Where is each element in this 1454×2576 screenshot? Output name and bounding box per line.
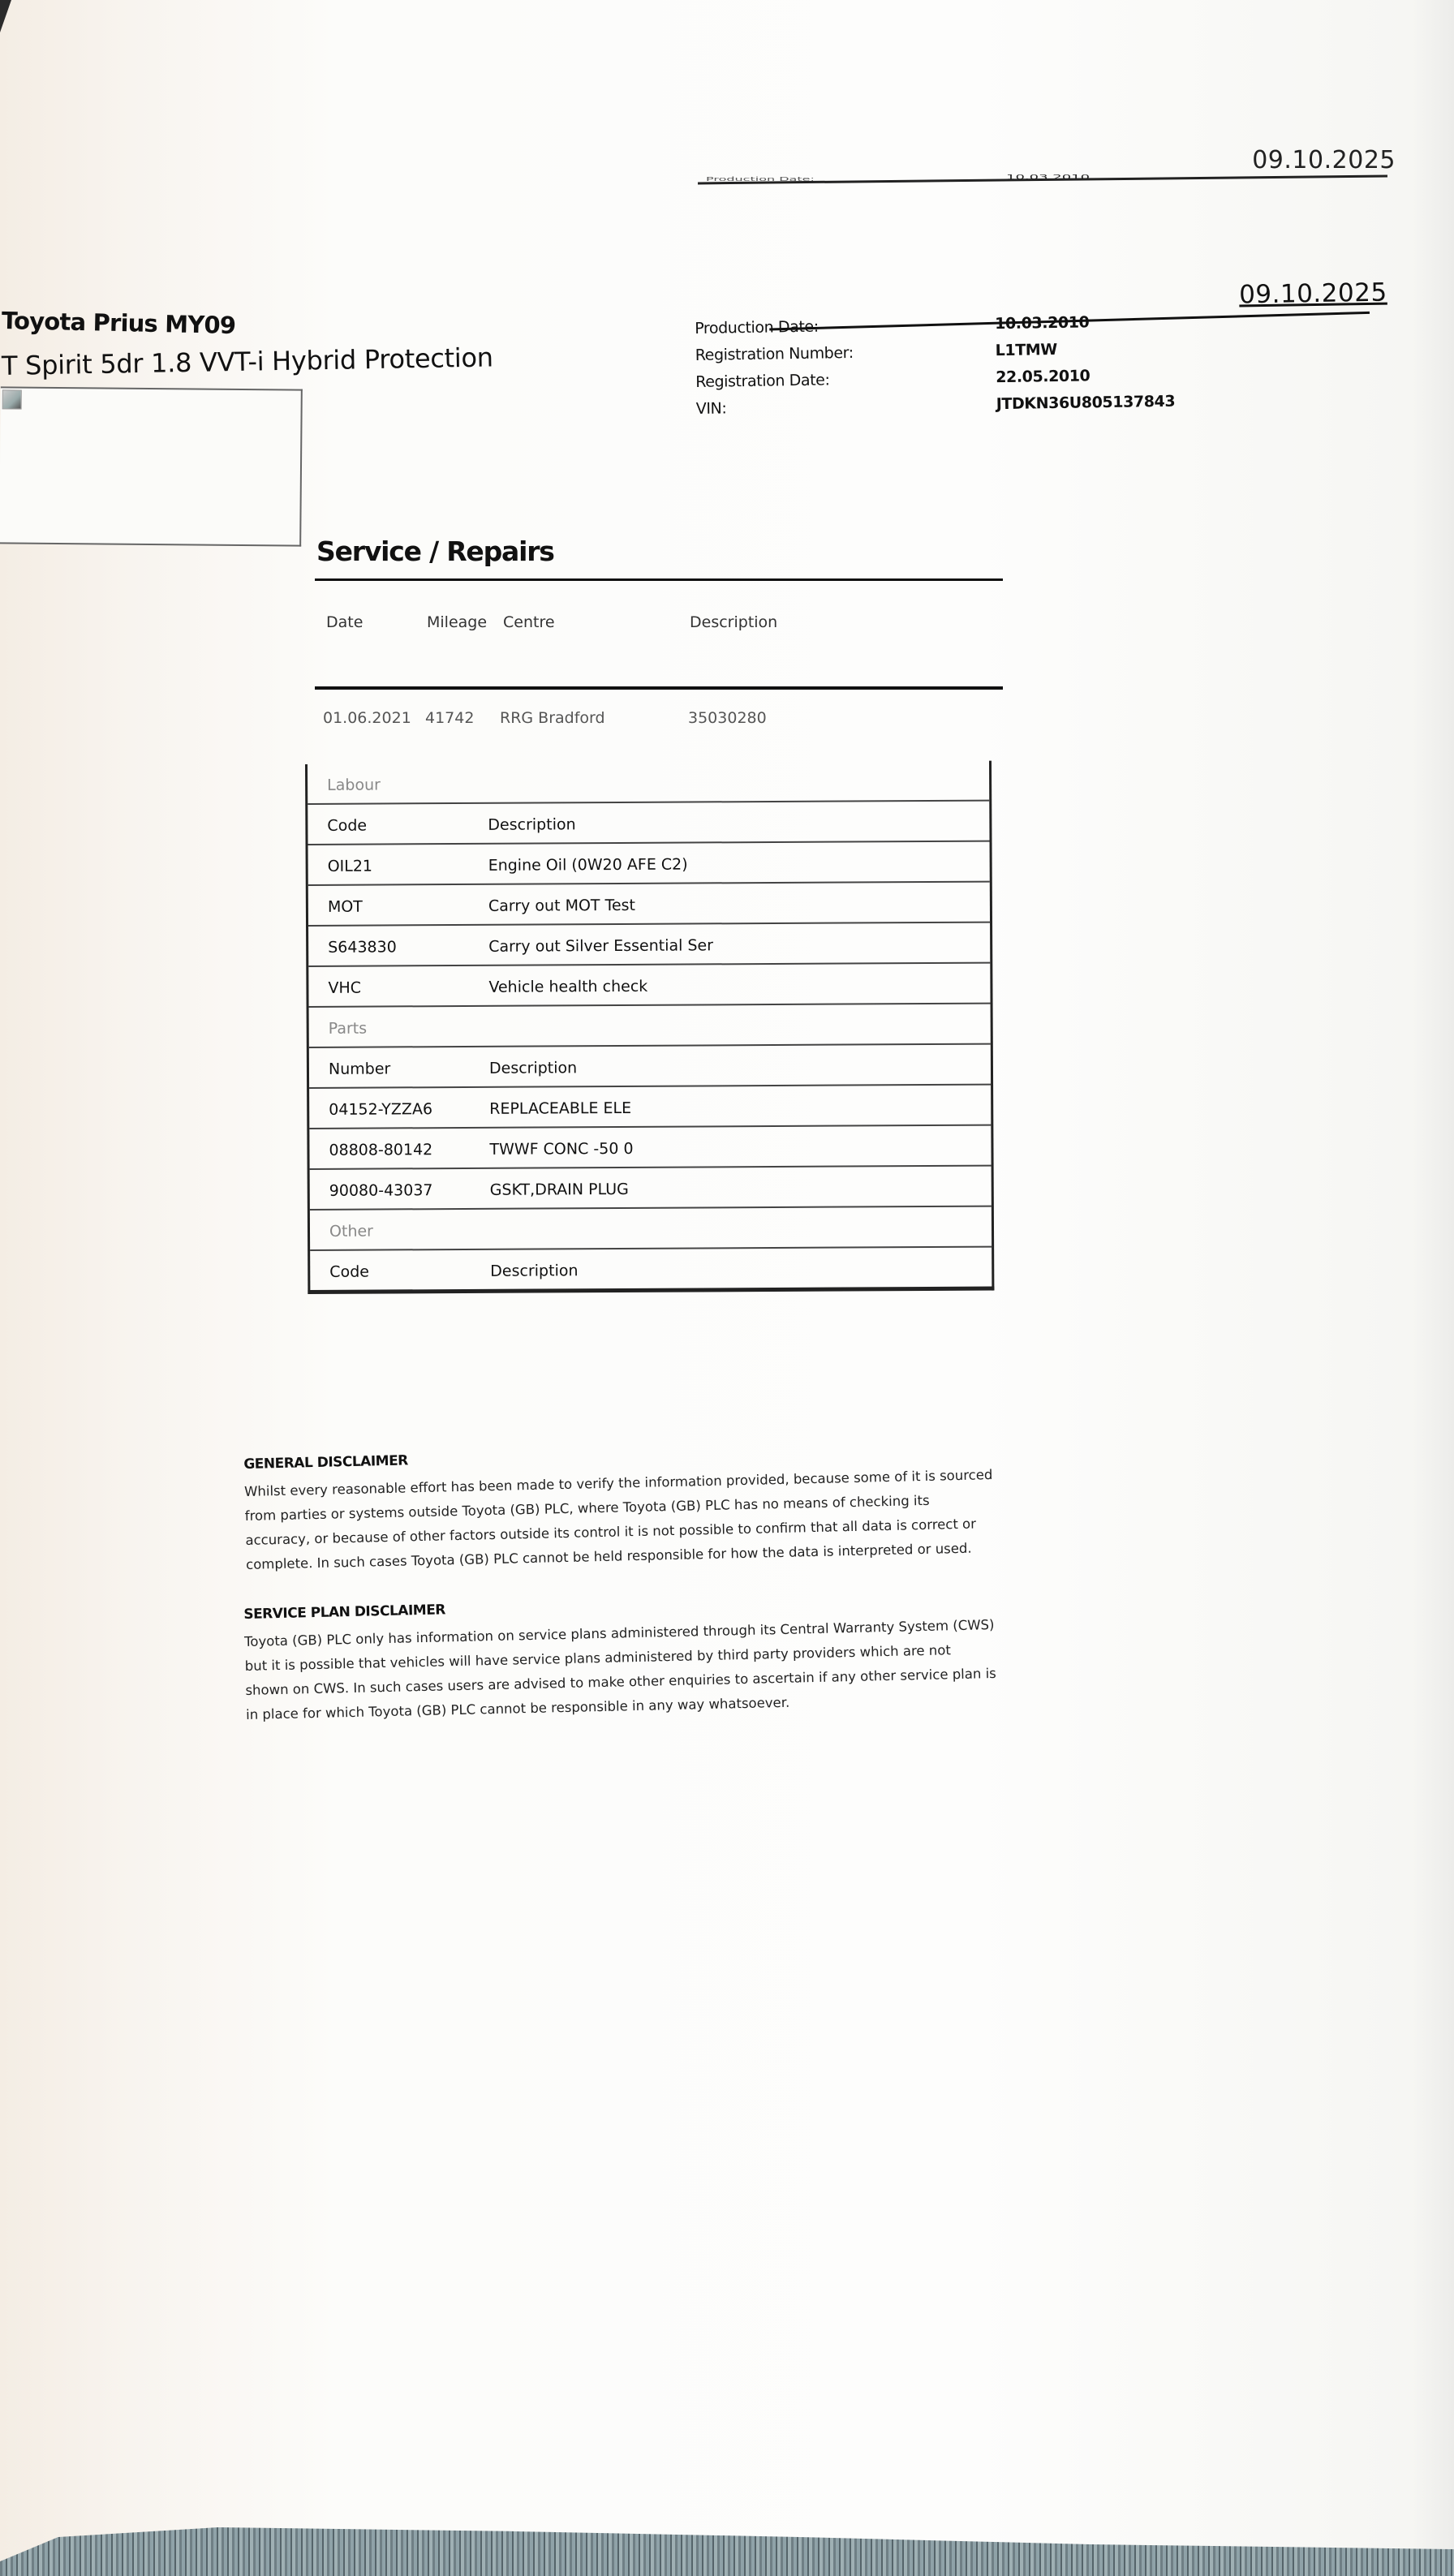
detail-value: JTDKN36U805137843 <box>996 393 1176 413</box>
labour-description: Engine Oil (0W20 AFE C2) <box>488 856 688 875</box>
col-date: Date <box>326 613 363 631</box>
header-description: Description <box>488 815 575 834</box>
record-date: 01.06.2021 <box>323 709 411 727</box>
table-row: VHC Vehicle health check <box>308 964 990 1008</box>
labour-header-row: Code Description <box>308 802 989 845</box>
vehicle-details: 09.10.2025 Production Date: 10.03.2010 R… <box>695 305 1394 423</box>
record-mileage: 41742 <box>425 709 474 727</box>
section-other: Other <box>310 1207 992 1251</box>
labour-code: MOT <box>328 898 363 916</box>
detail-label: VIN: <box>696 399 727 418</box>
section-parts: Parts <box>309 1004 991 1048</box>
part-description: REPLACEABLE ELE <box>489 1099 631 1118</box>
record-centre: RRG Bradford <box>500 709 605 727</box>
header-code: Code <box>327 817 367 835</box>
detail-value: 22.05.2010 <box>996 367 1090 386</box>
detail-label: Registration Number: <box>695 344 854 364</box>
table-row: 90080-43037 GSKT,DRAIN PLUG <box>310 1167 992 1211</box>
header-description: Description <box>489 1059 577 1077</box>
service-repairs-section: Service / Repairs Date Mileage Centre De… <box>315 535 1003 730</box>
detail-value: L1TMW <box>996 341 1057 359</box>
record-description: 35030280 <box>688 709 767 727</box>
table-row: 08808-80142 TWWF CONC -50 0 <box>309 1126 991 1170</box>
labour-code: OIL21 <box>328 858 372 875</box>
vehicle-model: Toyota Prius MY09 <box>2 307 236 339</box>
vehicle-variant: T Spirit 5dr 1.8 VVT-i Hybrid Protection <box>2 342 493 381</box>
col-mileage: Mileage <box>427 613 487 631</box>
section-label: Parts <box>329 1020 368 1038</box>
col-centre: Centre <box>503 613 555 631</box>
section-title: Service / Repairs <box>316 535 1003 567</box>
part-number: 90080-43037 <box>329 1181 433 1200</box>
print-date: 09.10.2025 <box>1239 278 1387 310</box>
col-description: Description <box>690 613 777 631</box>
table-row: 04152-YZZA6 REPLACEABLE ELE <box>309 1086 991 1129</box>
table-row: OIL21 Engine Oil (0W20 AFE C2) <box>308 842 990 886</box>
labour-code: S643830 <box>328 938 397 956</box>
vehicle-image-placeholder <box>0 386 303 546</box>
section-label: Other <box>329 1223 373 1241</box>
service-table-header: Date Mileage Centre Description <box>315 581 1003 686</box>
table-row: MOT Carry out MOT Test <box>308 883 990 927</box>
part-description: TWWF CONC -50 0 <box>489 1140 633 1159</box>
service-plan-disclaimer: SERVICE PLAN DISCLAIMER Toyota (GB) PLC … <box>243 1585 1041 1727</box>
parts-header-row: Number Description <box>309 1045 991 1089</box>
header-number: Number <box>329 1060 390 1077</box>
service-items-table: Labour Code Description OIL21 Engine Oil… <box>305 761 994 1294</box>
header-description: Description <box>490 1262 578 1280</box>
detail-label: Registration Date: <box>695 371 830 391</box>
header-code: Code <box>329 1263 369 1281</box>
labour-description: Carry out Silver Essential Ser <box>488 936 713 955</box>
other-header-row: Code Description <box>310 1248 992 1290</box>
table-row: S643830 Carry out Silver Essential Ser <box>308 923 990 967</box>
service-record-row: 01.06.2021 41742 RRG Bradford 35030280 <box>315 690 1003 730</box>
labour-code: VHC <box>328 979 361 997</box>
section-labour: Labour <box>308 761 989 805</box>
part-number: 04152-YZZA6 <box>329 1100 432 1119</box>
part-number: 08808-80142 <box>329 1141 432 1159</box>
broken-image-icon <box>2 389 22 409</box>
labour-description: Vehicle health check <box>488 978 647 996</box>
part-description: GSKT,DRAIN PLUG <box>490 1180 629 1199</box>
service-history-document: Toyota Prius MY09 T Spirit 5dr 1.8 VVT-i… <box>0 0 1454 2434</box>
labour-description: Carry out MOT Test <box>488 897 635 915</box>
section-label: Labour <box>327 776 381 794</box>
general-disclaimer: GENERAL DISCLAIMER Whilst every reasonab… <box>243 1434 1041 1577</box>
